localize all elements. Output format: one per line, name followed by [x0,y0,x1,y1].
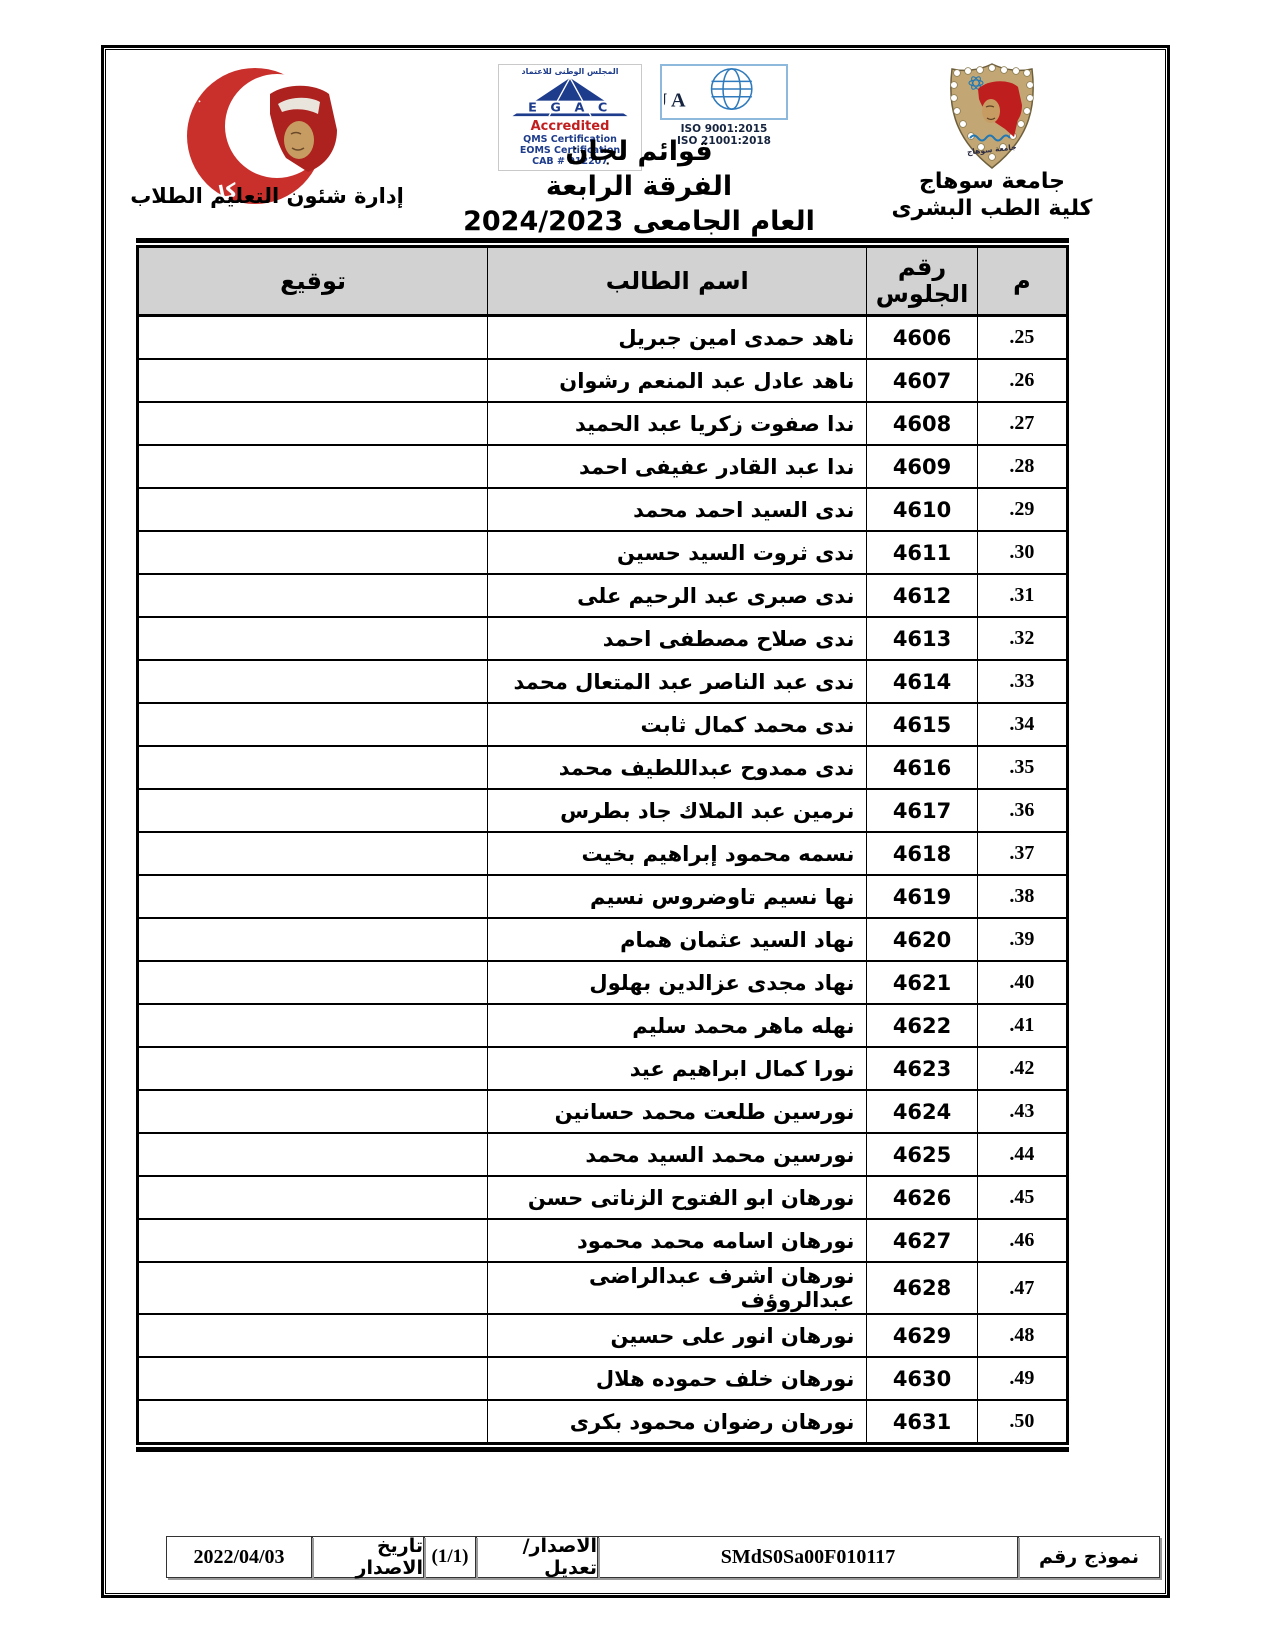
student-name-cell: ندى صبرى عبد الرحيم على [488,574,867,617]
form-number-label: نموذج رقم [1018,1536,1160,1578]
egac-letters: E G A C [528,101,612,116]
table-row: .404621نهاد مجدى عزالدين بهلول [138,961,1068,1004]
serial-cell: .27 [977,402,1067,445]
signature-cell [138,789,488,832]
serial-cell: .46 [977,1219,1067,1262]
student-name-cell: ندى ممدوح عبداللطيف محمد [488,746,867,789]
table-row: .254606ناهد حمدى امين جبريل [138,316,1068,360]
table-row: .264607ناهد عادل عبد المنعم رشوان [138,359,1068,402]
signature-cell [138,961,488,1004]
student-name-cell: ناهد حمدى امين جبريل [488,316,867,360]
signature-cell [138,531,488,574]
serial-cell: .28 [977,445,1067,488]
form-footer: نموذج رقم SMdS0Sa00F010117 الاصدار/تعديل… [166,1536,1160,1578]
table-row: .294610ندى السيد احمد محمد [138,488,1068,531]
table-row: .434624نورسين طلعت محمد حسانين [138,1090,1068,1133]
student-name-cell: نورسين طلعت محمد حسانين [488,1090,867,1133]
university-shield-logo: جامعة سوهاج [942,61,1042,171]
student-name-cell: نورسين محمد السيد محمد [488,1133,867,1176]
signature-cell [138,1176,488,1219]
university-name: جامعة سوهاج [867,168,1117,195]
student-name-cell: ناهد عادل عبد المنعم رشوان [488,359,867,402]
seat-number-cell: 4623 [867,1047,977,1090]
aja-globe-icon: AJA [664,66,784,114]
serial-cell: .42 [977,1047,1067,1090]
title-fourth-year: الفرقة الرابعة [459,169,819,204]
seat-number-cell: 4617 [867,789,977,832]
table-row: .314612ندى صبرى عبد الرحيم على [138,574,1068,617]
signature-cell [138,1262,488,1314]
seat-number-cell: 4606 [867,316,977,360]
student-name-cell: نورهان اشرف عبدالراضى عبدالروؤف [488,1262,867,1314]
signature-cell [138,1090,488,1133]
seat-number-cell: 4615 [867,703,977,746]
seat-number-cell: 4609 [867,445,977,488]
student-name-cell: نها نسيم تاوضروس نسيم [488,875,867,918]
table-row: .334614ندى عبد الناصر عبد المتعال محمد [138,660,1068,703]
seat-number-cell: 4625 [867,1133,977,1176]
seat-number-cell: 4619 [867,875,977,918]
student-name-cell: نرمين عبد الملاك جاد بطرس [488,789,867,832]
signature-cell [138,703,488,746]
students-tbody: .254606ناهد حمدى امين جبريل.264607ناهد ع… [138,316,1068,1444]
issue-date-value: 2022/04/03 [166,1536,312,1578]
table-row: .384619نها نسيم تاوضروس نسيم [138,875,1068,918]
seat-number-cell: 4628 [867,1262,977,1314]
signature-cell [138,746,488,789]
serial-cell: .32 [977,617,1067,660]
table-row: .324613ندى صلاح مصطفى احمد [138,617,1068,660]
serial-cell: .45 [977,1176,1067,1219]
seat-number-cell: 4607 [867,359,977,402]
issue-date-label: تاريخ الاصدار [312,1536,424,1578]
seat-number-cell: 4612 [867,574,977,617]
seat-number-cell: 4613 [867,617,977,660]
table-row: .454626نورهان ابو الفتوح الزناتى حسن [138,1176,1068,1219]
signature-cell [138,660,488,703]
students-table-wrapper: م رقم الجلوس اسم الطالب توقيع .254606ناه… [136,238,1069,1452]
table-row: .284609ندا عبد القادر عفيفى احمد [138,445,1068,488]
seat-number-cell: 4621 [867,961,977,1004]
signature-cell [138,1400,488,1444]
seat-number-cell: 4626 [867,1176,977,1219]
serial-cell: .34 [977,703,1067,746]
table-row: .424623نورا كمال ابراهيم عيد [138,1047,1068,1090]
signature-cell [138,316,488,360]
signature-cell [138,1314,488,1357]
student-name-cell: نورهان ابو الفتوح الزناتى حسن [488,1176,867,1219]
signature-header: توقيع [138,247,488,316]
table-row: .444625نورسين محمد السيد محمد [138,1133,1068,1176]
student-name-cell: نورهان اسامه محمد محمود [488,1219,867,1262]
student-name-header: اسم الطالب [488,247,867,316]
serial-cell: .44 [977,1133,1067,1176]
seat-number-cell: 4616 [867,746,977,789]
signature-cell [138,488,488,531]
student-name-cell: نورهان رضوان محمود بكرى [488,1400,867,1444]
serial-cell: .47 [977,1262,1067,1314]
egac-accredited-label: Accredited [499,120,641,134]
seat-number-header: رقم الجلوس [867,247,977,316]
student-name-cell: نورهان انور على حسين [488,1314,867,1357]
table-row: .414622نهله ماهر محمد سليم [138,1004,1068,1047]
students-table: م رقم الجلوس اسم الطالب توقيع .254606ناه… [136,245,1069,1445]
student-name-cell: نهاد مجدى عزالدين بهلول [488,961,867,1004]
student-name-cell: ندى السيد احمد محمد [488,488,867,531]
serial-cell: .31 [977,574,1067,617]
seat-number-cell: 4624 [867,1090,977,1133]
table-row: .374618نسمه محمود إبراهيم بخيت [138,832,1068,875]
signature-cell [138,918,488,961]
seat-number-cell: 4631 [867,1400,977,1444]
seat-number-cell: 4611 [867,531,977,574]
seat-number-cell: 4627 [867,1219,977,1262]
student-name-cell: نسمه محمود إبراهيم بخيت [488,832,867,875]
issue-revision-value: (1/1) [424,1536,476,1578]
serial-cell: .39 [977,918,1067,961]
seat-number-cell: 4630 [867,1357,977,1400]
serial-cell: .41 [977,1004,1067,1047]
aja-letters: AJA [664,89,689,111]
table-row: .274608ندا صفوت زكريا عبد الحميد [138,402,1068,445]
student-name-cell: نهاد السيد عثمان همام [488,918,867,961]
signature-cell [138,359,488,402]
table-row: .494630نورهان خلف حموده هلال [138,1357,1068,1400]
table-row: .344615ندى محمد كمال ثابت [138,703,1068,746]
student-name-cell: ندى عبد الناصر عبد المتعال محمد [488,660,867,703]
serial-cell: .37 [977,832,1067,875]
table-header-row: م رقم الجلوس اسم الطالب توقيع [138,247,1068,316]
table-row: .304611ندى ثروت السيد حسين [138,531,1068,574]
signature-cell [138,402,488,445]
issue-revision-label: الاصدار/تعديل [476,1536,598,1578]
seat-number-cell: 4618 [867,832,977,875]
egac-pyramid-icon: E G A C [507,76,633,118]
seat-number-cell: 4614 [867,660,977,703]
seat-number-cell: 4610 [867,488,977,531]
table-row: .354616ندى ممدوح عبداللطيف محمد [138,746,1068,789]
serial-cell: .30 [977,531,1067,574]
serial-header: م [977,247,1067,316]
student-name-cell: نهله ماهر محمد سليم [488,1004,867,1047]
student-name-cell: ندى محمد كمال ثابت [488,703,867,746]
serial-cell: .48 [977,1314,1067,1357]
signature-cell [138,1219,488,1262]
student-name-cell: ندا عبد القادر عفيفى احمد [488,445,867,488]
serial-cell: .50 [977,1400,1067,1444]
title-committee-lists: قوائم لجان [459,134,819,169]
signature-cell [138,574,488,617]
page-frame: جامعة سوهاج كلية الطب إدارة شئون التعليم… [101,45,1170,1598]
table-row: .394620نهاد السيد عثمان همام [138,918,1068,961]
table-row: .364617نرمين عبد الملاك جاد بطرس [138,789,1068,832]
serial-cell: .26 [977,359,1067,402]
seat-number-cell: 4622 [867,1004,977,1047]
serial-cell: .33 [977,660,1067,703]
serial-cell: .29 [977,488,1067,531]
serial-cell: .25 [977,316,1067,360]
serial-cell: .35 [977,746,1067,789]
signature-cell [138,875,488,918]
university-name-block: جامعة سوهاج كلية الطب البشرى [867,168,1117,222]
table-row: .504631نورهان رضوان محمود بكرى [138,1400,1068,1444]
signature-cell [138,1047,488,1090]
signature-cell [138,1357,488,1400]
serial-cell: .38 [977,875,1067,918]
signature-cell [138,832,488,875]
faculty-name: كلية الطب البشرى [867,195,1117,222]
signature-cell [138,445,488,488]
seat-number-cell: 4608 [867,402,977,445]
student-name-cell: ندى ثروت السيد حسين [488,531,867,574]
seat-number-cell: 4620 [867,918,977,961]
signature-cell [138,617,488,660]
serial-cell: .36 [977,789,1067,832]
department-label: إدارة شئون التعليم الطلاب [112,184,422,208]
seat-number-cell: 4629 [867,1314,977,1357]
form-code: SMdS0Sa00F010117 [598,1536,1018,1578]
egac-arabic-line: المجلس الوطنى للاعتماد [499,67,641,76]
table-row: .464627نورهان اسامه محمد محمود [138,1219,1068,1262]
table-row: .474628نورهان اشرف عبدالراضى عبدالروؤف [138,1262,1068,1314]
student-name-cell: ندا صفوت زكريا عبد الحميد [488,402,867,445]
student-name-cell: نورا كمال ابراهيم عيد [488,1047,867,1090]
serial-cell: .49 [977,1357,1067,1400]
serial-cell: .43 [977,1090,1067,1133]
aja-globe-box: AJA [660,64,788,120]
serial-cell: .40 [977,961,1067,1004]
signature-cell [138,1004,488,1047]
student-name-cell: نورهان خلف حموده هلال [488,1357,867,1400]
signature-cell [138,1133,488,1176]
student-name-cell: ندى صلاح مصطفى احمد [488,617,867,660]
table-row: .484629نورهان انور على حسين [138,1314,1068,1357]
